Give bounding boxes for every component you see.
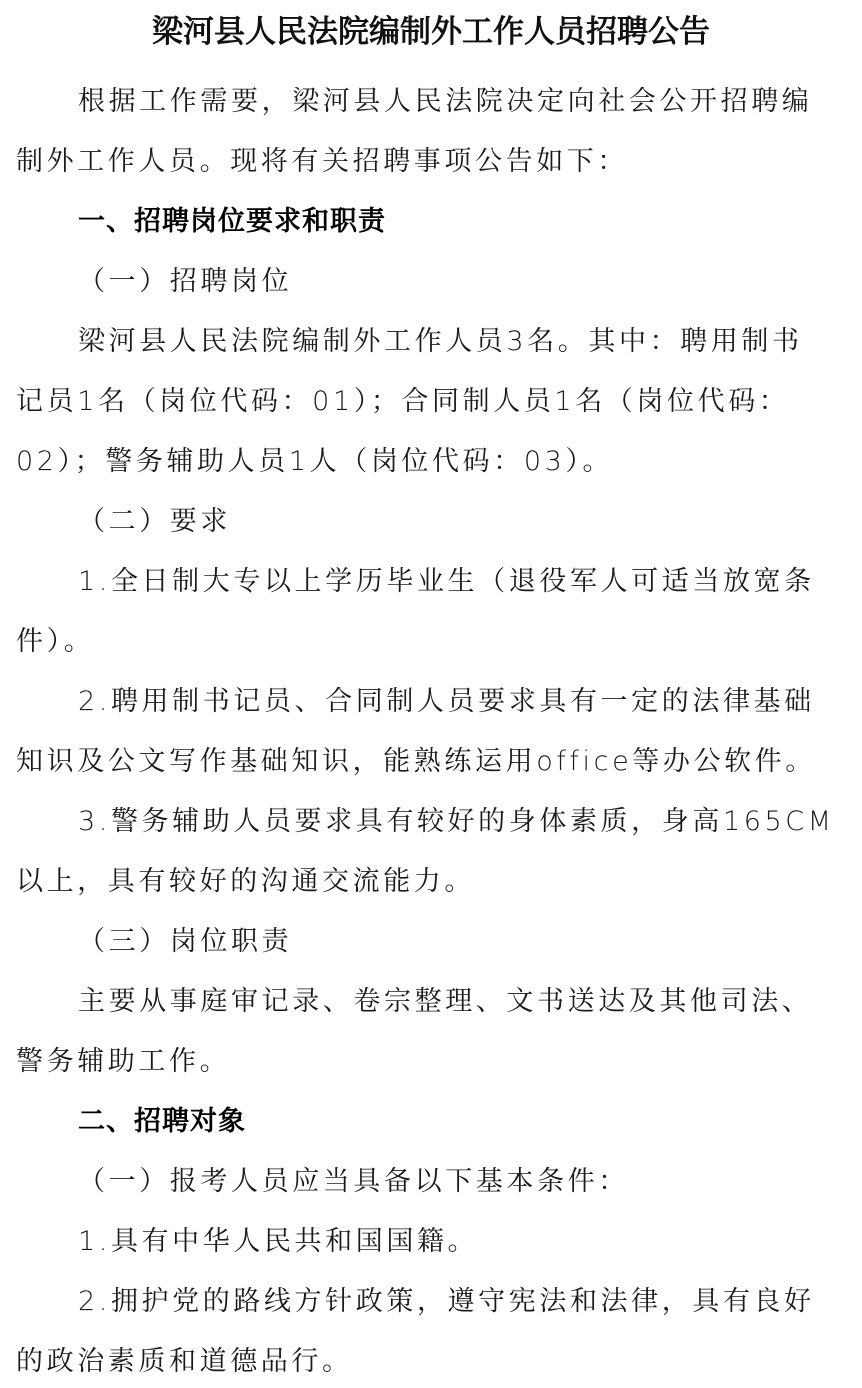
subsection-heading: （一）招聘岗位	[78, 262, 292, 302]
paragraph-line: 以上，具有较好的沟通交流能力。	[16, 862, 475, 902]
section-heading: 一、招聘岗位要求和职责	[78, 202, 386, 242]
paragraph-line: 2.拥护党的路线方针政策，遵守宪法和法律，具有良好	[78, 1282, 815, 1322]
paragraph-line: 制外工作人员。现将有关招聘事项公告如下：	[16, 142, 628, 182]
paragraph-line: 1.全日制大专以上学历毕业生（退役军人可适当放宽条	[78, 562, 815, 602]
paragraph-line: 2.聘用制书记员、合同制人员要求具有一定的法律基础	[78, 682, 815, 722]
subsection-heading: （一）报考人员应当具备以下基本条件：	[78, 1162, 629, 1202]
paragraph-line: 根据工作需要，梁河县人民法院决定向社会公开招聘编	[78, 82, 812, 122]
paragraph-line: 件）。	[16, 622, 94, 662]
paragraph-line: 梁河县人民法院编制外工作人员3名。其中：聘用制书	[78, 322, 803, 362]
subsection-heading: （三）岗位职责	[78, 922, 292, 962]
paragraph-line: 主要从事庭审记录、卷宗整理、文书送达及其他司法、	[78, 982, 812, 1022]
paragraph-line: 02）；警务辅助人员1人（岗位代码：03）。	[16, 442, 613, 482]
paragraph-line: 警务辅助工作。	[16, 1042, 230, 1082]
subsection-heading: （二）要求	[78, 502, 231, 542]
paragraph-line: 3.警务辅助人员要求具有较好的身体素质，身高165CM	[78, 802, 835, 842]
paragraph-line: 知识及公文写作基础知识，能熟练运用office等办公软件。	[16, 742, 816, 782]
paragraph-line: 1.具有中华人民共和国国籍。	[78, 1222, 478, 1262]
paragraph-line: 的政治素质和道德品行。	[16, 1342, 353, 1382]
paragraph-line: 记员1名（岗位代码：01）；合同制人员1名（岗位代码：	[16, 382, 789, 422]
section-heading: 二、招聘对象	[78, 1102, 246, 1142]
document-title: 梁河县人民法院编制外工作人员招聘公告	[0, 8, 862, 56]
